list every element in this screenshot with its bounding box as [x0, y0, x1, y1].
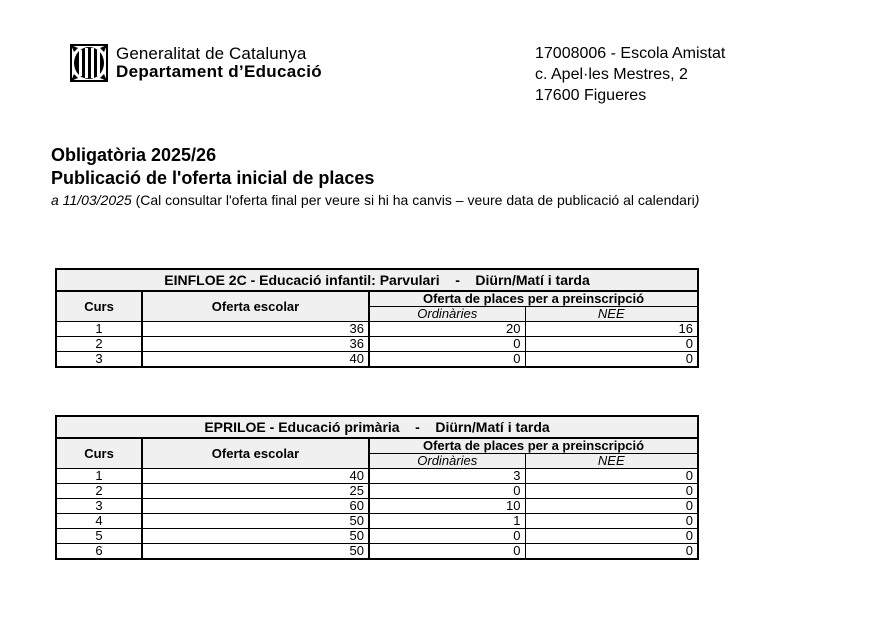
table-row: 1 36 20 16: [56, 322, 698, 337]
cell-curs: 2: [56, 484, 142, 499]
cell-oferta-escolar: 50: [142, 514, 369, 529]
cell-ordinaries: 0: [369, 544, 525, 560]
header-nee: NEE: [525, 307, 698, 322]
header-oferta-places: Oferta de places per a preinscripció: [369, 438, 698, 454]
cell-ordinaries: 0: [369, 484, 525, 499]
cell-oferta-escolar: 25: [142, 484, 369, 499]
cell-oferta-escolar: 50: [142, 529, 369, 544]
school-code-name: 17008006 - Escola Amistat: [535, 43, 725, 64]
cell-nee: 0: [525, 499, 698, 514]
table-row: 3 60 10 0: [56, 499, 698, 514]
header-oferta-places: Oferta de places per a preinscripció: [369, 291, 698, 307]
cell-nee: 0: [525, 529, 698, 544]
table-row: 2 25 0 0: [56, 484, 698, 499]
cell-curs: 6: [56, 544, 142, 560]
header-oferta-escolar: Oferta escolar: [142, 291, 369, 322]
cell-ordinaries: 10: [369, 499, 525, 514]
offer-table-primaria: EPRILOE - Educació primària - Diürn/Matí…: [55, 415, 699, 560]
publication-date: a 11/03/2025: [51, 192, 132, 208]
publication-note-text: Cal consultar l'oferta final per veure s…: [140, 192, 694, 208]
publication-note: a 11/03/2025 (Cal consultar l'oferta fin…: [51, 191, 699, 209]
offer-table-infantil: EINFLOE 2C - Educació infantil: Parvular…: [55, 268, 699, 368]
header-ordinaries: Ordinàries: [369, 454, 525, 469]
cell-ordinaries: 0: [369, 337, 525, 352]
cell-ordinaries: 20: [369, 322, 525, 337]
header-oferta-escolar: Oferta escolar: [142, 438, 369, 469]
table-row: 1 40 3 0: [56, 469, 698, 484]
cell-curs: 5: [56, 529, 142, 544]
department-name: Departament d’Educació: [116, 63, 322, 81]
table-caption: EINFLOE 2C - Educació infantil: Parvular…: [56, 269, 698, 291]
table-row: 4 50 1 0: [56, 514, 698, 529]
school-address: c. Apel·les Mestres, 2: [535, 64, 725, 85]
cell-oferta-escolar: 36: [142, 337, 369, 352]
header-curs: Curs: [56, 291, 142, 322]
table-row: 2 36 0 0: [56, 337, 698, 352]
cell-ordinaries: 3: [369, 469, 525, 484]
cell-nee: 0: [525, 544, 698, 560]
org-name: Generalitat de Catalunya: [116, 45, 322, 63]
organization-logo: Generalitat de Catalunya Departament d’E…: [70, 44, 322, 82]
cell-nee: 0: [525, 352, 698, 368]
school-city: 17600 Figueres: [535, 85, 725, 106]
cell-nee: 0: [525, 514, 698, 529]
document-subtitle-heading: Publicació de l'oferta inicial de places: [51, 167, 699, 190]
cell-oferta-escolar: 40: [142, 469, 369, 484]
cell-curs: 4: [56, 514, 142, 529]
generalitat-coat-of-arms-icon: [70, 44, 108, 82]
cell-nee: 0: [525, 469, 698, 484]
cell-curs: 1: [56, 469, 142, 484]
paren-open: (: [132, 192, 141, 208]
cell-nee: 0: [525, 337, 698, 352]
header-nee: NEE: [525, 454, 698, 469]
table-row: 6 50 0 0: [56, 544, 698, 560]
cell-curs: 2: [56, 337, 142, 352]
header-curs: Curs: [56, 438, 142, 469]
cell-oferta-escolar: 60: [142, 499, 369, 514]
cell-nee: 0: [525, 484, 698, 499]
paren-close: ): [695, 192, 700, 208]
school-info: 17008006 - Escola Amistat c. Apel·les Me…: [535, 43, 725, 106]
cell-curs: 3: [56, 499, 142, 514]
header-ordinaries: Ordinàries: [369, 307, 525, 322]
table-caption: EPRILOE - Educació primària - Diürn/Matí…: [56, 416, 698, 438]
cell-oferta-escolar: 40: [142, 352, 369, 368]
cell-ordinaries: 0: [369, 352, 525, 368]
cell-oferta-escolar: 36: [142, 322, 369, 337]
table-row: 5 50 0 0: [56, 529, 698, 544]
cell-ordinaries: 0: [369, 529, 525, 544]
document-titles: Obligatòria 2025/26 Publicació de l'ofer…: [51, 144, 699, 209]
cell-nee: 16: [525, 322, 698, 337]
cell-curs: 3: [56, 352, 142, 368]
cell-curs: 1: [56, 322, 142, 337]
table-row: 3 40 0 0: [56, 352, 698, 368]
cell-oferta-escolar: 50: [142, 544, 369, 560]
document-title: Obligatòria 2025/26: [51, 144, 699, 167]
cell-ordinaries: 1: [369, 514, 525, 529]
